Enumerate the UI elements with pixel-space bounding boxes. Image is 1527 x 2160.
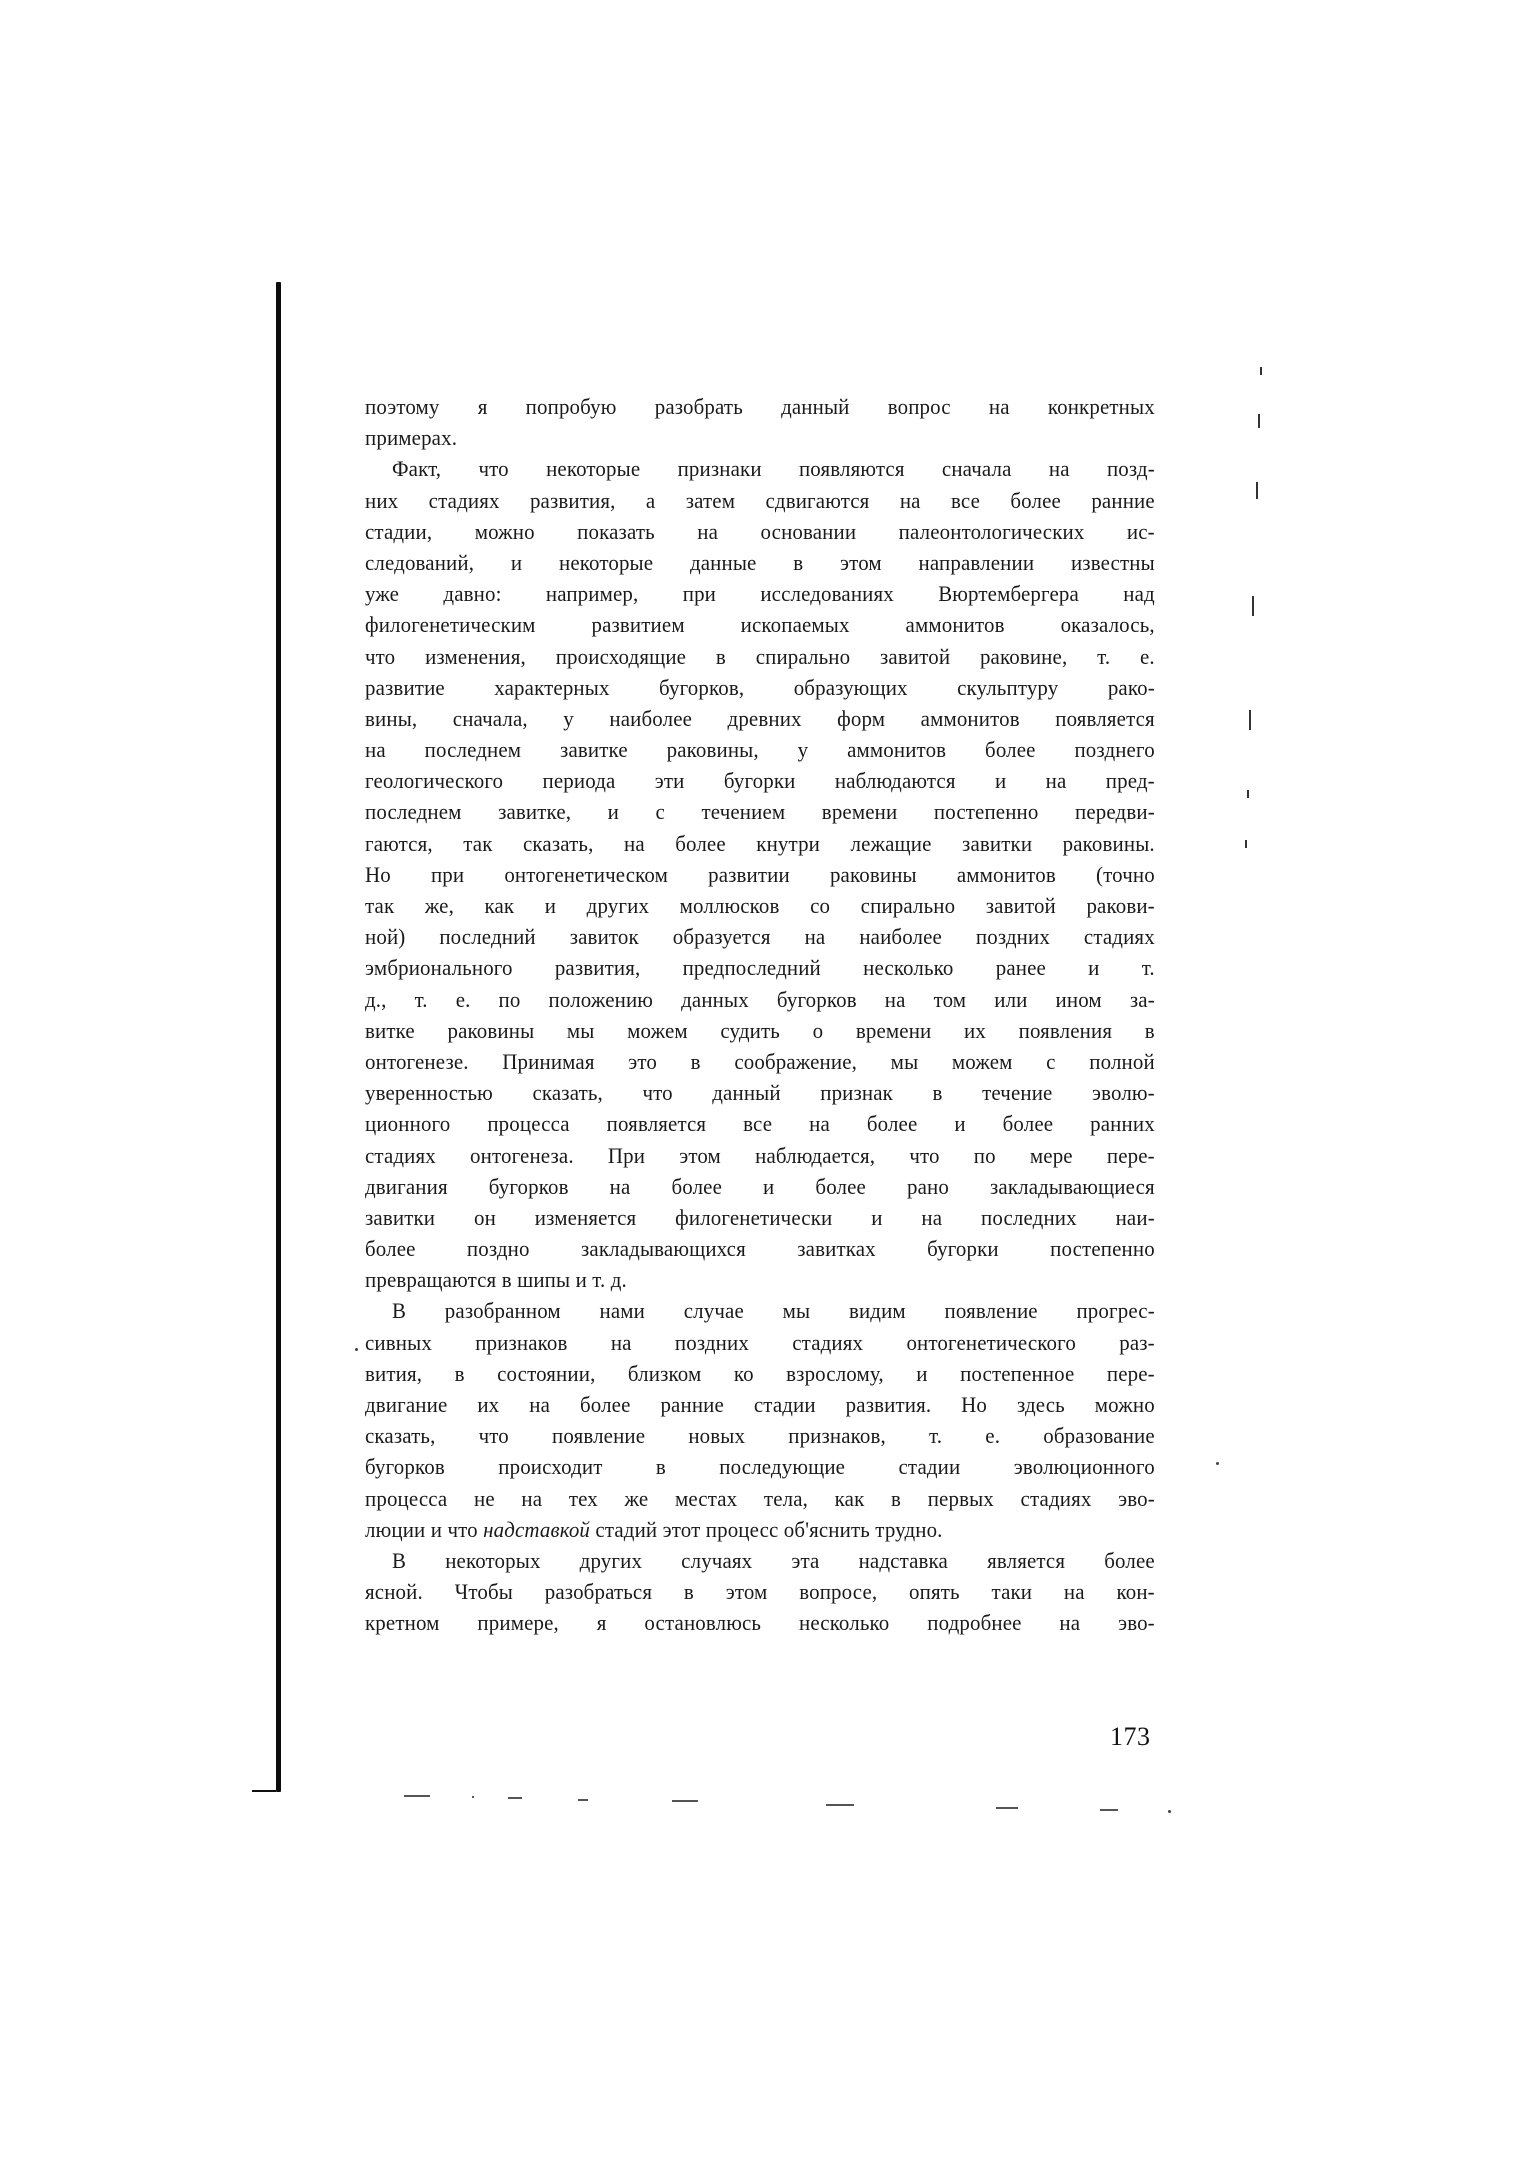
stray-dot	[1168, 1810, 1171, 1813]
text-segment: люции и что	[365, 1517, 483, 1542]
scan-binding-edge	[276, 282, 281, 1792]
text-line: онтогенезе. Принимая это в соображение, …	[365, 1046, 1155, 1077]
text-line: филогенетическим развитием ископаемых ам…	[365, 609, 1155, 640]
scan-binding-edge-foot	[252, 1790, 276, 1792]
text-line: В разобранном нами случае мы видим появл…	[365, 1295, 1155, 1326]
page-body-text: поэтому я попробую разобрать данный вопр…	[365, 391, 1155, 1639]
text-line: процесса не на тех же местах тела, как в…	[365, 1483, 1155, 1514]
text-line: двигания бугорков на более и более рано …	[365, 1171, 1155, 1202]
stray-dash	[672, 1800, 698, 1802]
text-line: на последнем завитке раковины, у аммонит…	[365, 734, 1155, 765]
text-line: сказать, что появление новых признаков, …	[365, 1420, 1155, 1451]
text-line: люции и что надставкой стадий этот проце…	[365, 1514, 1155, 1545]
text-line: двигание их на более ранние стадии разви…	[365, 1389, 1155, 1420]
text-line: поэтому я попробую разобрать данный вопр…	[365, 391, 1155, 422]
text-line: сивных признаков на поздних стадиях онто…	[365, 1327, 1155, 1358]
text-line: завитки он изменяется филогенетически и …	[365, 1202, 1155, 1233]
stray-dash	[578, 1799, 588, 1801]
margin-mark	[1260, 367, 1262, 375]
text-line: них стадиях развития, а затем сдвигаются…	[365, 485, 1155, 516]
text-line: последнем завитке, и с течением времени …	[365, 796, 1155, 827]
margin-mark	[1249, 710, 1251, 730]
margin-mark	[1245, 840, 1247, 848]
text-line: ной) последний завиток образуется на наи…	[365, 921, 1155, 952]
text-line: эмбрионального развития, предпоследний н…	[365, 952, 1155, 983]
margin-mark	[1247, 790, 1249, 798]
text-line: вины, сначала, у наиболее древних форм а…	[365, 703, 1155, 734]
stray-dash	[472, 1796, 474, 1798]
text-line: вития, в состоянии, близком ко взрослому…	[365, 1358, 1155, 1389]
text-line: стадиях онтогенеза. При этом наблюдается…	[365, 1140, 1155, 1171]
margin-mark	[1258, 414, 1260, 428]
text-line: превращаются в шипы и т. д.	[365, 1264, 1155, 1295]
text-line: следований, и некоторые данные в этом на…	[365, 547, 1155, 578]
stray-dash	[1100, 1809, 1118, 1811]
text-line: уже давно: например, при исследованиях В…	[365, 578, 1155, 609]
text-line: ясной. Чтобы разобраться в этом вопросе,…	[365, 1576, 1155, 1607]
page-number: 173	[1110, 1722, 1151, 1752]
text-line: бугорков происходит в последующие стадии…	[365, 1451, 1155, 1482]
text-line: что изменения, происходящие в спирально …	[365, 641, 1155, 672]
text-line: Факт, что некоторые признаки появляются …	[365, 453, 1155, 484]
stray-dash	[404, 1795, 430, 1797]
stray-dot	[355, 1348, 358, 1351]
text-line: В некоторых других случаях эта надставка…	[365, 1545, 1155, 1576]
text-line: геологического периода эти бугорки наблю…	[365, 765, 1155, 796]
text-line: д., т. е. по положению данных бугорков н…	[365, 984, 1155, 1015]
text-line: кретном примере, я остановлюсь несколько…	[365, 1607, 1155, 1638]
stray-dash	[508, 1797, 522, 1799]
text-line: развитие характерных бугорков, образующи…	[365, 672, 1155, 703]
text-segment: стадий этот процесс об'яснить трудно.	[590, 1517, 943, 1542]
text-line: Но при онтогенетическом развитии раковин…	[365, 859, 1155, 890]
stray-dash	[996, 1807, 1018, 1809]
text-line: стадии, можно показать на основании пале…	[365, 516, 1155, 547]
margin-mark	[1256, 482, 1258, 499]
text-line: гаются, так сказать, на более кнутри леж…	[365, 828, 1155, 859]
italic-term: надставкой	[483, 1517, 590, 1542]
text-line: витке раковины мы можем судить о времени…	[365, 1015, 1155, 1046]
stray-dash	[826, 1804, 854, 1806]
text-line: более поздно закладывающихся завитках бу…	[365, 1233, 1155, 1264]
text-line: так же, как и других моллюсков со спирал…	[365, 890, 1155, 921]
margin-mark	[1252, 596, 1254, 616]
text-line: примерах.	[365, 422, 1155, 453]
text-line: уверенностью сказать, что данный признак…	[365, 1077, 1155, 1108]
stray-dot	[1216, 1462, 1219, 1465]
text-line: ционного процесса появляется все на боле…	[365, 1108, 1155, 1139]
